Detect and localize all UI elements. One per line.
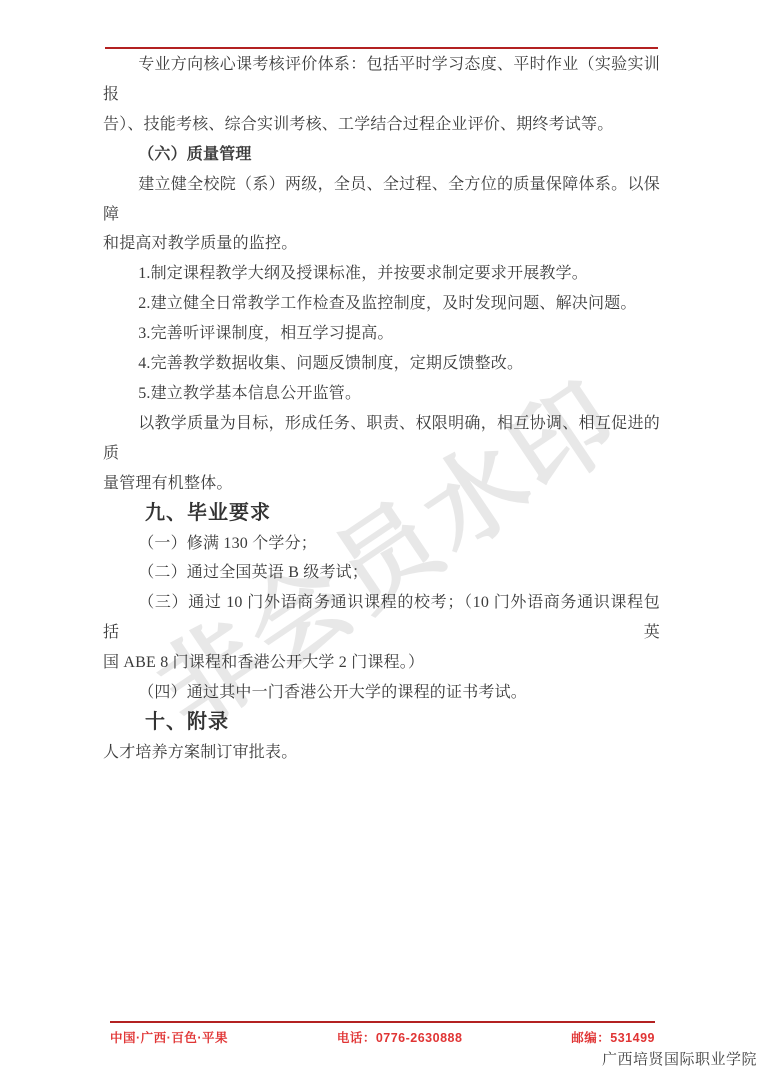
footer-location: 中国·广西·百色·平果	[110, 1028, 228, 1046]
section-heading: 九、毕业要求	[103, 499, 660, 529]
document-page: 非会员水印 专业方向核心课考核评价体系：包括平时学习态度、平时作业（实验实训报告…	[0, 0, 763, 1080]
footer-postcode: 邮编：531499	[571, 1028, 655, 1046]
list-item: 3.完善听评课制度，相互学习提高。	[103, 319, 660, 349]
footer-rule	[110, 1021, 655, 1023]
body-line: 人才培养方案制订审批表。	[103, 738, 660, 768]
document-body: 专业方向核心课考核评价体系：包括平时学习态度、平时作业（实验实训报告）、技能考核…	[103, 50, 660, 768]
list-item: 1.制定课程教学大纲及授课标准，并按要求制定要求开展教学。	[103, 259, 660, 289]
list-item: 2.建立健全日常教学工作检查及监控制度，及时发现问题、解决问题。	[103, 289, 660, 319]
body-line: 专业方向核心课考核评价体系：包括平时学习态度、平时作业（实验实训报	[103, 50, 660, 110]
list-item: 4.完善教学数据收集、问题反馈制度，定期反馈整改。	[103, 349, 660, 379]
body-line: 和提高对教学质量的监控。	[103, 229, 660, 259]
subsection-heading: （六）质量管理	[103, 140, 660, 170]
body-line: 以教学质量为目标，形成任务、职责、权限明确，相互协调、相互促进的质	[103, 409, 660, 469]
footer-institution: 广西培贤国际职业学院	[602, 1048, 757, 1069]
list-item: （二）通过全国英语 B 级考试；	[103, 558, 660, 588]
list-item: 5.建立教学基本信息公开监管。	[103, 379, 660, 409]
list-item: （一）修满 130 个学分；	[103, 529, 660, 559]
section-heading: 十、附录	[103, 708, 660, 738]
body-line: 建立健全校院（系）两级，全员、全过程、全方位的质量保障体系。以保障	[103, 170, 660, 230]
page-footer: 中国·广西·百色·平果 电话：0776-2630888 邮编：531499	[110, 1028, 655, 1046]
footer-phone: 电话：0776-2630888	[337, 1028, 463, 1046]
list-item: （四）通过其中一门香港公开大学的课程的证书考试。	[103, 678, 660, 708]
body-line: 量管理有机整体。	[103, 469, 660, 499]
body-line: 国 ABE 8 门课程和香港公开大学 2 门课程。）	[103, 648, 660, 678]
body-line: 告）、技能考核、综合实训考核、工学结合过程企业评价、期终考试等。	[103, 110, 660, 140]
list-item: （三）通过 10 门外语商务通识课程的校考；（10 门外语商务通识课程包括英	[103, 588, 660, 648]
header-rule	[105, 47, 658, 49]
